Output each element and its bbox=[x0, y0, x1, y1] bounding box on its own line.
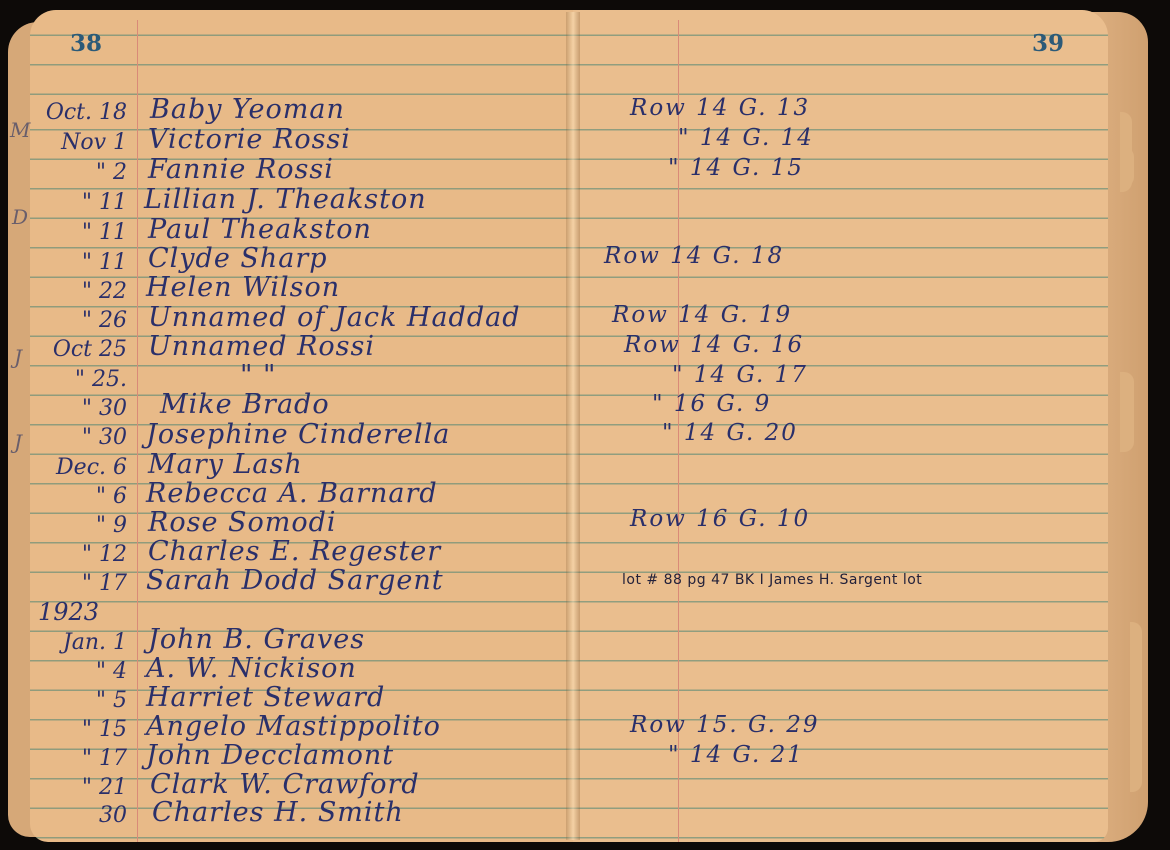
page-edge-tab bbox=[1130, 622, 1142, 792]
gutter-mark: J bbox=[14, 430, 22, 454]
grave-location: " 16 G. 9 bbox=[652, 391, 771, 417]
entry-date: " 17 bbox=[32, 746, 127, 771]
grave-location: " 14 G. 14 bbox=[678, 125, 814, 151]
entry-date: " 11 bbox=[32, 250, 127, 275]
entry-name: John Decclamont bbox=[146, 740, 394, 771]
entry-name: Josephine Cinderella bbox=[146, 419, 450, 450]
grave-location: Row 14 G. 13 bbox=[630, 95, 810, 121]
page-edge-tab bbox=[1120, 147, 1134, 187]
entry-date: " 17 bbox=[32, 571, 127, 596]
page-edge-tab bbox=[1120, 372, 1134, 452]
entry-name: Helen Wilson bbox=[146, 272, 340, 303]
entry-date: Oct. 18 bbox=[32, 100, 127, 125]
left-page-number: 38 bbox=[70, 30, 102, 57]
entry-name: John B. Graves bbox=[148, 624, 365, 655]
grave-location: " 14 G. 21 bbox=[668, 742, 804, 768]
entry-date: Nov 1 bbox=[32, 130, 127, 155]
entry-name: " " bbox=[240, 360, 276, 391]
entry-date: " 11 bbox=[32, 220, 127, 245]
entry-date: " 9 bbox=[32, 513, 127, 538]
entry-name: Sarah Dodd Sargent bbox=[146, 565, 444, 596]
entry-date: Oct 25 bbox=[32, 337, 127, 362]
entry-name: Clark W. Crawford bbox=[150, 769, 420, 800]
entry-name: Fannie Rossi bbox=[148, 154, 334, 185]
year-heading: 1923 bbox=[38, 598, 99, 626]
open-ledger-book: 38 39 M D J J Oct. 18 Baby Yeoman Nov 1 … bbox=[0, 0, 1170, 850]
book-spine bbox=[566, 12, 580, 840]
entry-date: " 5 bbox=[32, 688, 127, 713]
entry-date: Dec. 6 bbox=[32, 455, 127, 480]
entry-date: " 21 bbox=[32, 775, 127, 800]
right-page-number: 39 bbox=[1032, 30, 1064, 57]
entry-name: Charles E. Regester bbox=[148, 536, 441, 567]
entry-date: Jan. 1 bbox=[32, 630, 127, 655]
entry-name: Mike Brado bbox=[160, 389, 330, 420]
entry-date: " 12 bbox=[32, 542, 127, 567]
entry-name: Unnamed Rossi bbox=[148, 331, 375, 362]
grave-location: " 14 G. 20 bbox=[662, 420, 798, 446]
grave-location: Row 14 G. 18 bbox=[604, 243, 784, 269]
grave-location: " 14 G. 17 bbox=[672, 362, 808, 388]
grave-location: Row 16 G. 10 bbox=[630, 506, 810, 532]
entry-date: " 25. bbox=[32, 367, 127, 392]
entry-date: " 30 bbox=[32, 425, 127, 450]
entry-date: " 26 bbox=[32, 308, 127, 333]
entry-name: Mary Lash bbox=[148, 449, 303, 480]
entry-name: Clyde Sharp bbox=[148, 243, 328, 274]
entry-date: " 4 bbox=[32, 659, 127, 684]
entry-name: A. W. Nickison bbox=[146, 653, 357, 684]
grave-location: Row 14 G. 19 bbox=[612, 302, 792, 328]
entry-date: " 22 bbox=[32, 279, 127, 304]
entry-date: " 11 bbox=[32, 190, 127, 215]
entry-date: " 6 bbox=[32, 484, 127, 509]
entry-name: Lillian J. Theakston bbox=[144, 184, 427, 215]
gutter-mark: J bbox=[14, 345, 22, 369]
entry-date: " 2 bbox=[32, 160, 127, 185]
entry-name: Angelo Mastippolito bbox=[146, 711, 441, 742]
entry-name: Unnamed of Jack Haddad bbox=[148, 302, 521, 333]
gutter-mark: D bbox=[12, 205, 28, 229]
entry-name: Baby Yeoman bbox=[150, 94, 345, 125]
entry-date: " 15 bbox=[32, 717, 127, 742]
entry-date: 30 bbox=[32, 803, 127, 828]
left-margin-line bbox=[137, 20, 138, 842]
entry-name: Victorie Rossi bbox=[148, 124, 351, 155]
grave-location: " 14 G. 15 bbox=[668, 155, 804, 181]
entry-name: Charles H. Smith bbox=[152, 797, 404, 828]
grave-location: Row 15. G. 29 bbox=[630, 712, 820, 738]
gutter-mark: M bbox=[10, 118, 30, 142]
lot-note: lot # 88 pg 47 BK I James H. Sargent lot bbox=[622, 572, 922, 588]
entry-name: Paul Theakston bbox=[148, 214, 372, 245]
grave-location: Row 14 G. 16 bbox=[624, 332, 804, 358]
entry-date: " 30 bbox=[32, 396, 127, 421]
entry-name: Harriet Steward bbox=[146, 682, 385, 713]
entry-name: Rebecca A. Barnard bbox=[146, 478, 438, 509]
entry-name: Rose Somodi bbox=[148, 507, 337, 538]
